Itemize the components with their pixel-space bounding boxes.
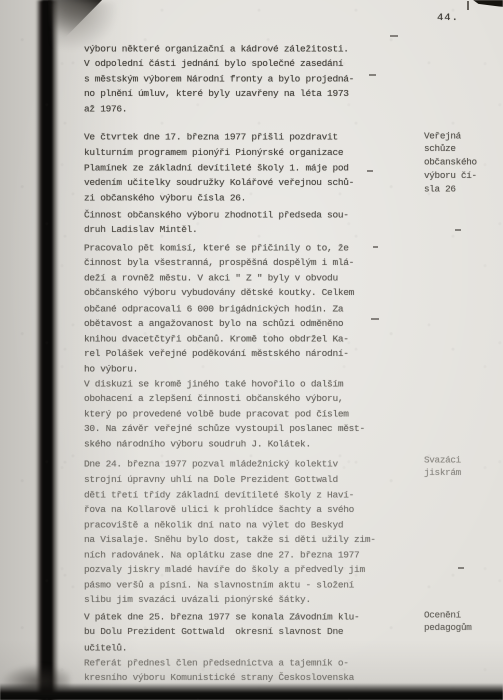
text-line: činnost byla všestranná, prospěšná dospě… [84, 255, 414, 270]
text-line: pedagogům [424, 621, 502, 634]
body-text-column: výboru některé organizační a kádrové zál… [84, 41, 414, 688]
book-spine-shadow-core [42, 0, 52, 700]
paragraph-committee-work: Pracovalo pět komisí, které se přičinily… [84, 240, 414, 376]
margin-note-verejna-schuze: Veřejnáschůzeobčanskéhovýboru čí-sla 26 [424, 129, 502, 195]
text-line: sla 26 [424, 182, 502, 195]
text-line: bu Dolu Prezident Gottwald okresní slavn… [84, 624, 414, 639]
text-line: V pátek dne 25. března 1977 se konala Zá… [84, 610, 414, 625]
text-line: V odpolední části jednání bylo společné … [84, 56, 414, 71]
text-line: který po provedené volbě bude pracovat p… [84, 406, 414, 421]
text-line: učitelů. [84, 640, 414, 655]
text-line: no plnění úmluv, které byly uzavřeny na … [84, 86, 414, 101]
paragraph-youth-collective: Dne 24. března 1977 pozval mládežnický k… [84, 456, 414, 607]
scan-dash-artifact [455, 229, 461, 231]
text-line: Svazáci [424, 453, 502, 466]
text-line: 30. Na závěr veřejné schůze vystoupil po… [84, 421, 414, 436]
text-line: deží a rovněž městu. V akci " Z " byly v… [84, 271, 414, 286]
text-line: jiskrám [424, 466, 502, 479]
page-number: 44. [437, 12, 459, 24]
text-line: slibu jim svazáci uvázali pionýrské šátk… [84, 592, 414, 607]
text-line: rel Polášek veřejné poděkování městského… [84, 346, 414, 361]
text-line: občanského [424, 156, 502, 169]
text-line: druh Ladislav Mintěl. [84, 222, 414, 237]
paragraph-public-meeting: Ve čtvrtek dne 17. března 1977 přišli po… [84, 129, 414, 204]
text-line: Ve čtvrtek dne 17. března 1977 přišli po… [84, 130, 414, 145]
scan-dash-artifact [367, 170, 373, 172]
text-line: až 1976. [84, 102, 414, 117]
scan-corner-mark [473, 0, 503, 7]
text-line: Referát přednesl člen předsednictva a ta… [84, 655, 414, 670]
scan-dash-artifact [369, 74, 376, 76]
text-line: knihou dvacetčtyři občanů. Kromě toho ob… [84, 331, 414, 346]
margin-note-svazaci-jiskram: Svazácijiskrám [424, 453, 502, 479]
text-line: kresního výboru Komunistické strany Česk… [84, 670, 414, 685]
paragraph-discussion: V diskuzi se kromě jiného také hovořilo … [84, 376, 414, 451]
text-line: řova na Kollarově ulici k prohlídce šach… [84, 502, 414, 517]
text-line: Plamínek ze základní devítileté školy 1.… [84, 160, 414, 175]
text-line: děti třetí třídy základní devítileté ško… [84, 487, 414, 502]
scan-dash-artifact [373, 246, 378, 248]
text-line: kulturním programem pionýři Pionýrské or… [84, 145, 414, 160]
scan-dash-artifact [390, 35, 398, 37]
text-line: ského národního výboru soudruh J. Koláte… [84, 437, 414, 452]
text-line: Činnost občanského výboru zhodnotil před… [84, 207, 414, 222]
paragraph-intro-continuation: výboru některé organizační a kádrové zál… [84, 41, 414, 116]
text-line: s městským výborem Národní fronty a bylo… [84, 71, 414, 86]
text-line: výboru čí- [424, 169, 502, 182]
text-line: V diskuzi se kromě jiného také hovořilo … [84, 376, 414, 391]
paragraph-teachers-day: V pátek dne 25. března 1977 se konala Zá… [84, 609, 414, 654]
text-line: občané odpracovali 6 000 brigádnických h… [84, 301, 414, 316]
text-line: na Visalaje. Sněhu bylo dost, takže si d… [84, 532, 414, 547]
text-line: pásmo veršů a písní. Na slavnostním aktu… [84, 577, 414, 592]
text-line: ho výboru. [84, 361, 414, 376]
text-line: pozvaly jiskry mladé havíře do školy a p… [84, 562, 414, 577]
text-line: obohacení a zlepšení činnosti občanského… [84, 391, 414, 406]
margin-note-oceneni-pedagogum: Oceněnípedagogům [424, 608, 502, 634]
text-line: Dne 24. března 1977 pozval mládežnický k… [84, 457, 414, 472]
text-line: obětavost a angažovanost bylo na schůzi … [84, 316, 414, 331]
text-line: vedením učitelky soudružky Kolářové veře… [84, 175, 414, 190]
text-line: Pracovalo pět komisí, které se přičinily… [84, 240, 414, 255]
scan-dash-artifact [371, 318, 379, 320]
text-line: schůze [424, 142, 502, 155]
text-line: ních radovánek. Na oplátku zase dne 27. … [84, 547, 414, 562]
text-line: pracoviště a několik dní nato na výlet d… [84, 517, 414, 532]
scan-dash-artifact [458, 567, 464, 569]
text-line: občanského výboru vybudovány dětské kout… [84, 285, 414, 300]
scan-tick-artifact [467, 1, 469, 10]
text-line: výboru některé organizační a kádrové zál… [84, 41, 414, 56]
scanned-chronicle-page: 44. výboru některé organizační a kádrové… [0, 0, 503, 700]
paragraph-chairman: Činnost občanského výboru zhodnotil před… [84, 207, 414, 237]
text-line: zi občanského výboru čísla 26. [84, 190, 414, 205]
text-line: Ocenění [424, 608, 502, 621]
paragraph-keynote: Referát přednesl člen předsednictva a ta… [84, 655, 414, 685]
text-line: Veřejná [424, 129, 502, 142]
text-line: strojní úpravny uhlí na Dole Prezident G… [84, 472, 414, 487]
